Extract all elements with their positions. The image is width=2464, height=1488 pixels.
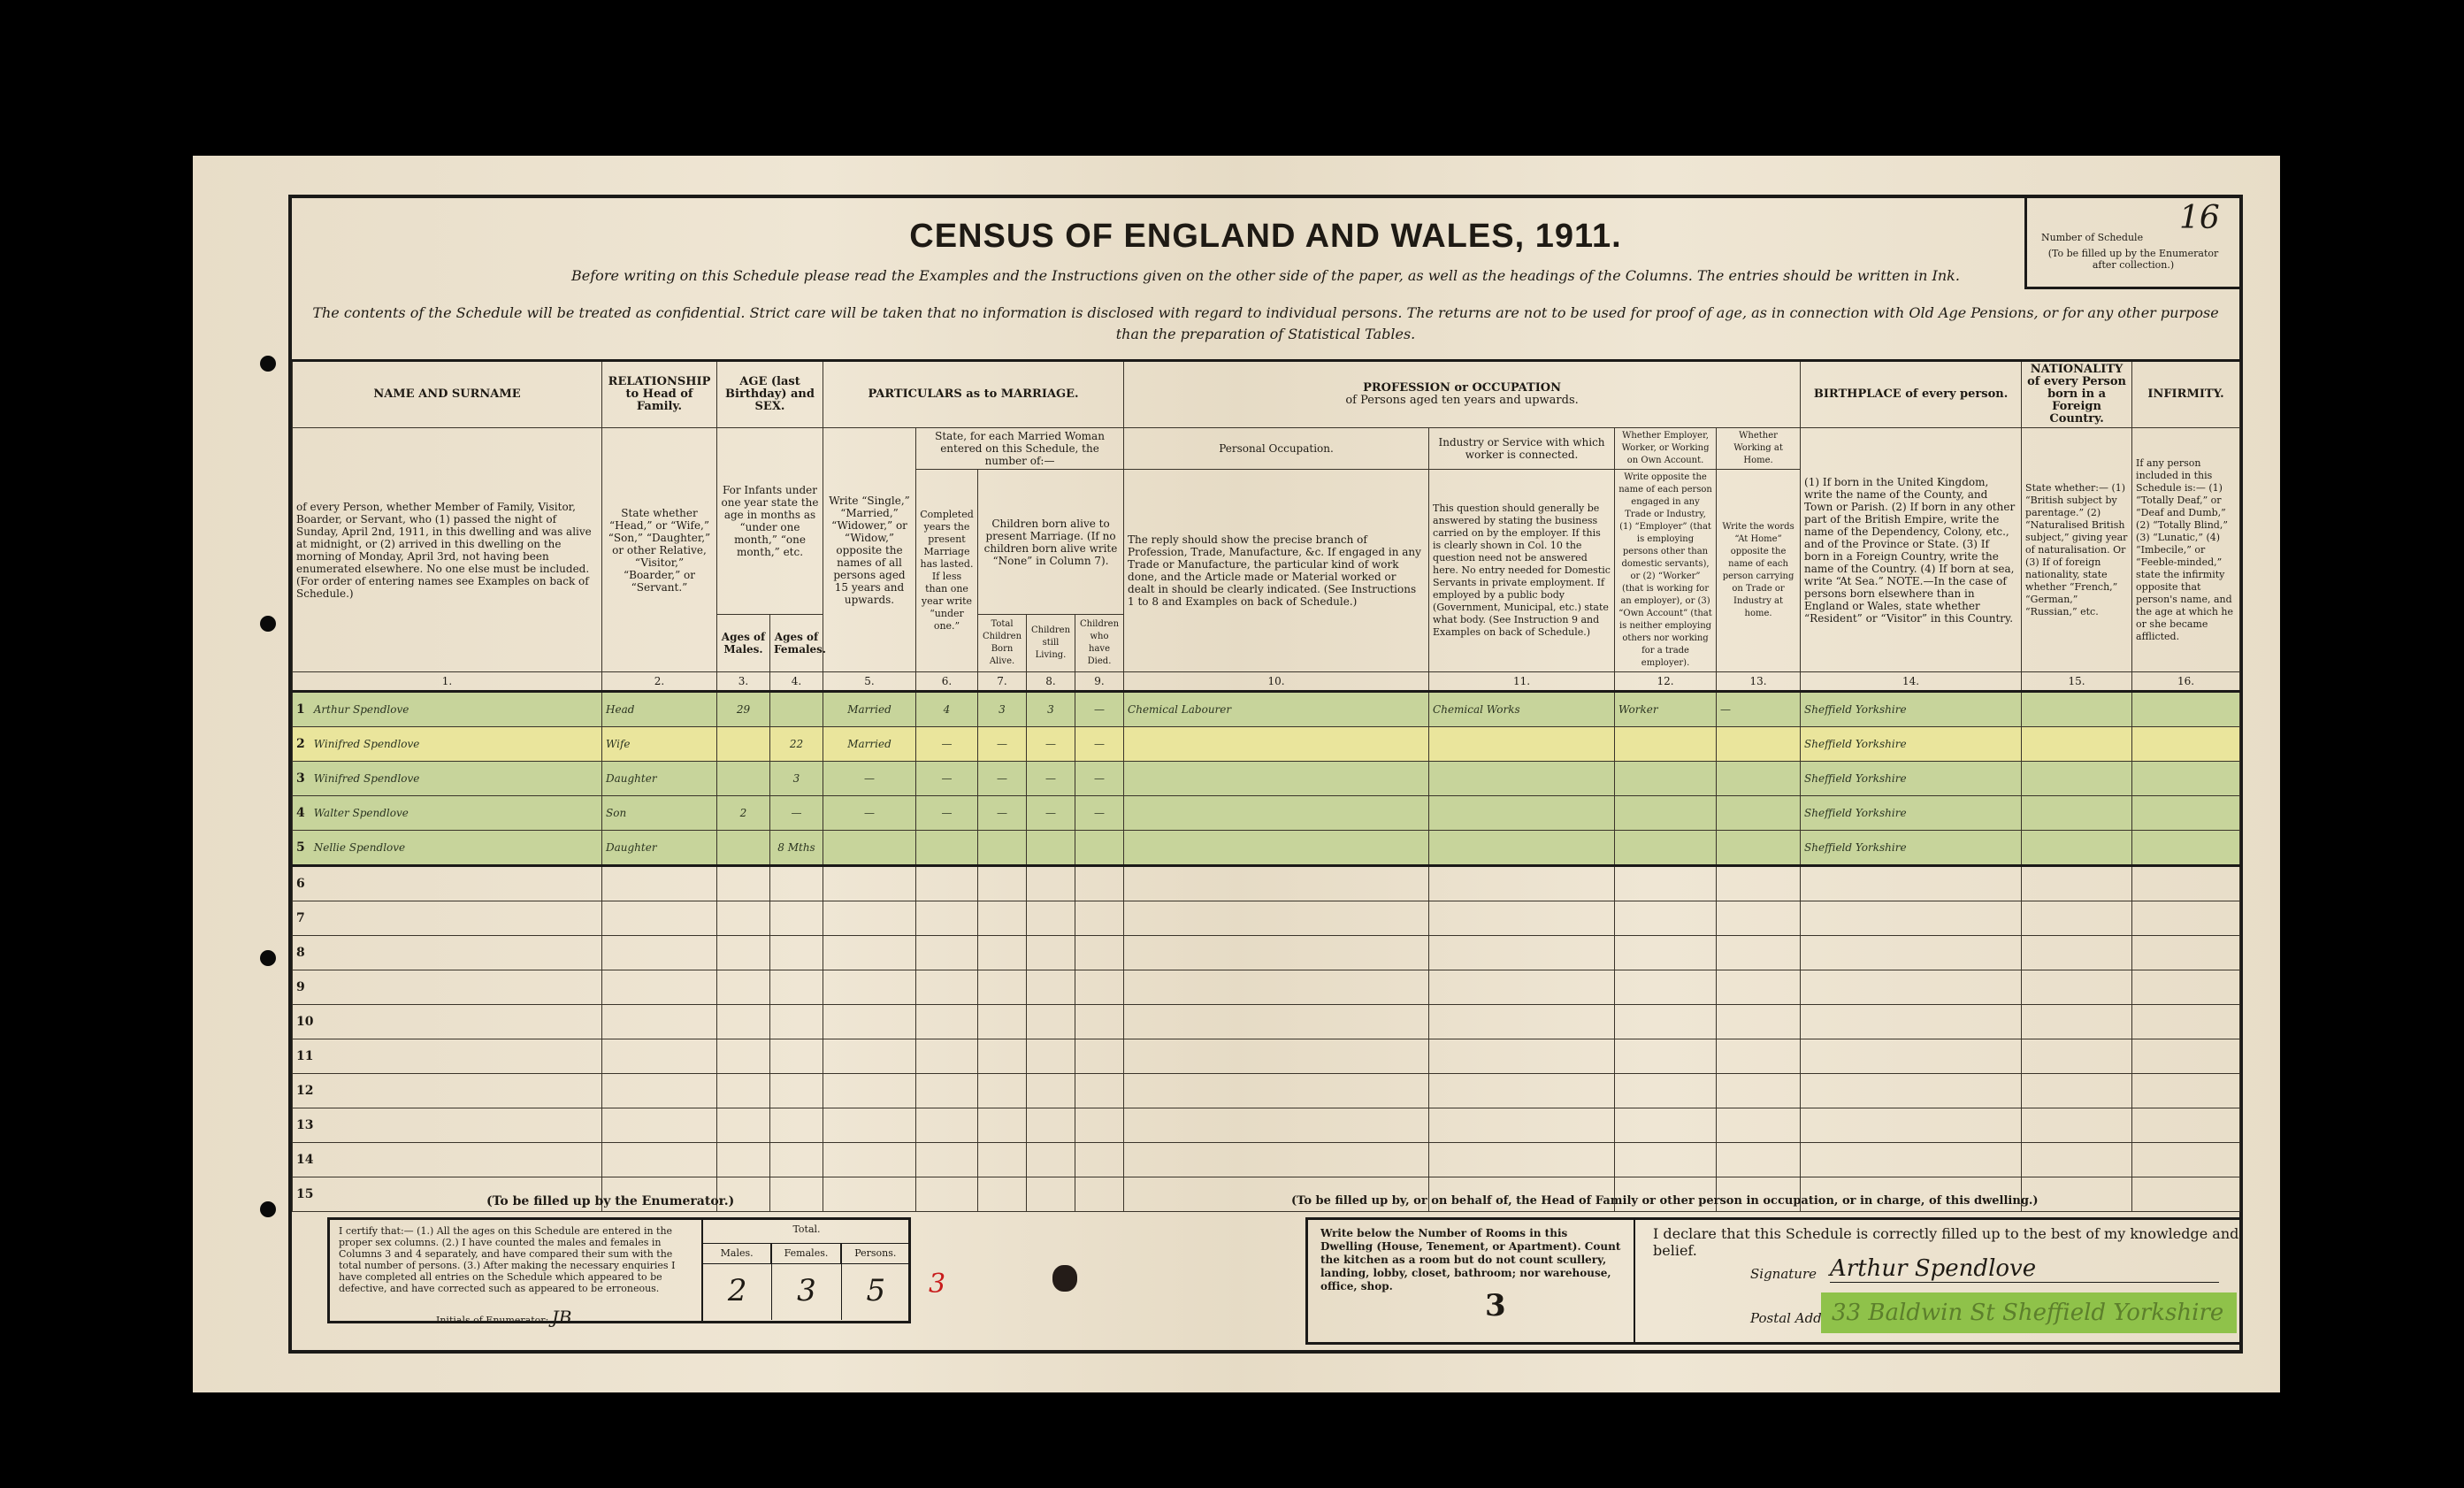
empty-cell	[1717, 970, 1801, 1005]
empty-cell	[1027, 1143, 1075, 1177]
infirmity-cell	[2132, 831, 2240, 866]
empty-cell	[823, 1177, 916, 1212]
empty-cell	[916, 1039, 978, 1074]
home-instructions: Write the words “At Home” opposite the n…	[1717, 470, 1801, 672]
census-document-page: CENSUS OF ENGLAND AND WALES, 1911. Befor…	[193, 156, 2280, 1392]
children-died-cell: —	[1075, 762, 1124, 796]
empty-cell	[1027, 970, 1075, 1005]
infirmity-cell	[2132, 692, 2240, 727]
empty-cell	[1717, 1074, 1801, 1108]
empty-table-row: 11	[293, 1039, 2240, 1074]
empty-cell	[1801, 1039, 2022, 1074]
empty-cell: 11	[293, 1039, 602, 1074]
schedule-number-label: Number of Schedule	[2041, 232, 2143, 243]
empty-cell	[2132, 1143, 2240, 1177]
children-died-cell: —	[1075, 727, 1124, 762]
empty-cell	[770, 1005, 823, 1039]
person-name-cell: 2Winifred Spendlove	[293, 727, 602, 762]
empty-cell: 6	[293, 866, 602, 901]
row-number: 1	[296, 702, 305, 717]
empty-cell	[602, 1039, 717, 1074]
children-died-cell	[1075, 831, 1124, 866]
rooms-count: 3	[1485, 1300, 1506, 1313]
empty-cell	[823, 970, 916, 1005]
col-num: 1.	[293, 672, 602, 692]
empty-cell	[1429, 1074, 1615, 1108]
row-number: 11	[296, 1049, 313, 1063]
name-instructions: of every Person, whether Member of Famil…	[293, 428, 602, 672]
instruction-line: Before writing on this Schedule please r…	[292, 267, 2239, 284]
occupation-subtitle: of Persons aged ten years and upwards.	[1345, 394, 1578, 407]
empty-cell	[1027, 936, 1075, 970]
header-total-children: Total Children Born Alive.	[978, 615, 1027, 672]
empty-table-row: 8	[293, 936, 2240, 970]
empty-cell	[1429, 1108, 1615, 1143]
census-data-rows: 1Arthur SpendloveHead29Married433—Chemic…	[293, 692, 2240, 866]
empty-cell	[602, 970, 717, 1005]
birthplace-cell: Sheffield Yorkshire	[1801, 831, 2022, 866]
empty-cell	[916, 936, 978, 970]
industry-cell	[1429, 831, 1615, 866]
empty-cell	[1801, 1005, 2022, 1039]
empty-cell	[602, 1005, 717, 1039]
empty-cell	[978, 866, 1027, 901]
col-num: 9.	[1075, 672, 1124, 692]
empty-cell	[1717, 1039, 1801, 1074]
empty-cell	[770, 1143, 823, 1177]
header-home: Whether Working at Home.	[1717, 428, 1801, 470]
children-total-cell: —	[978, 727, 1027, 762]
binding-hole	[260, 356, 276, 372]
empty-cell	[717, 970, 770, 1005]
empty-cell	[1717, 901, 1801, 936]
empty-cell	[2132, 1039, 2240, 1074]
working-at-home-cell	[1717, 727, 1801, 762]
col-num: 8.	[1027, 672, 1075, 692]
age-female-cell	[770, 692, 823, 727]
empty-cell	[770, 1108, 823, 1143]
empty-cell	[1124, 936, 1429, 970]
census-table: NAME AND SURNAME RELATIONSHIP to Head of…	[292, 359, 2240, 1212]
empty-cell	[2132, 901, 2240, 936]
document-title: CENSUS OF ENGLAND AND WALES, 1911.	[292, 218, 2239, 256]
infirmity-cell	[2132, 727, 2240, 762]
empty-cell	[978, 901, 1027, 936]
header-relationship: RELATIONSHIP to Head of Family.	[602, 361, 717, 428]
col-num: 12.	[1615, 672, 1717, 692]
empty-cell	[1429, 1143, 1615, 1177]
married-woman-instructions: State, for each Married Woman entered on…	[916, 428, 1124, 470]
empty-cell: 12	[293, 1074, 602, 1108]
age-male-cell	[717, 727, 770, 762]
infirmity-cell	[2132, 796, 2240, 831]
age-male-cell: 2	[717, 796, 770, 831]
total-females: 3	[772, 1264, 840, 1340]
row-number: 13	[296, 1118, 313, 1132]
binding-hole	[260, 616, 276, 632]
empty-cell	[823, 1143, 916, 1177]
empty-cell	[978, 1005, 1027, 1039]
empty-cell	[717, 866, 770, 901]
industry-cell: Chemical Works	[1429, 692, 1615, 727]
children-living-cell: 3	[1027, 692, 1075, 727]
empty-cell: 13	[293, 1108, 602, 1143]
empty-cell	[770, 866, 823, 901]
person-name-cell: 4Walter Spendlove	[293, 796, 602, 831]
empty-table-row: 6	[293, 866, 2240, 901]
empty-cell	[823, 866, 916, 901]
employer-status-cell	[1615, 831, 1717, 866]
empty-cell	[770, 1039, 823, 1074]
personal-occupation-cell	[1124, 831, 1429, 866]
empty-cell	[916, 901, 978, 936]
row-number: 10	[296, 1015, 313, 1029]
empty-cell	[1801, 1143, 2022, 1177]
occupation-title: PROFESSION or OCCUPATION	[1363, 381, 1561, 395]
empty-cell	[1075, 1143, 1124, 1177]
total-males: 2	[703, 1264, 771, 1340]
header-children-died: Children who have Died.	[1075, 615, 1124, 672]
rooms-box: Write below the Number of Rooms in this …	[1308, 1220, 1635, 1342]
empty-cell	[1717, 936, 1801, 970]
empty-cell	[717, 901, 770, 936]
relationship-instructions: State whether “Head,” or “Wife,” “Son,” …	[602, 428, 717, 672]
empty-cell	[1429, 1039, 1615, 1074]
empty-cell	[2022, 1108, 2132, 1143]
children-living-cell: —	[1027, 762, 1075, 796]
empty-cell	[1027, 901, 1075, 936]
enumerator-initials-field: Initials of Enumerator: JB	[436, 1307, 571, 1328]
col-num: 4.	[770, 672, 823, 692]
relationship-cell: Head	[602, 692, 717, 727]
empty-cell	[1124, 1039, 1429, 1074]
empty-cell	[916, 1143, 978, 1177]
industry-cell	[1429, 762, 1615, 796]
empty-cell	[1615, 1039, 1717, 1074]
empty-cell	[717, 936, 770, 970]
row-number: 3	[296, 771, 305, 786]
empty-cell	[823, 1074, 916, 1108]
empty-cell	[1027, 866, 1075, 901]
empty-cell	[1801, 866, 2022, 901]
personal-occupation-cell	[1124, 762, 1429, 796]
infirmity-instructions: If any person included in this Schedule …	[2132, 428, 2240, 672]
empty-cell	[602, 1143, 717, 1177]
empty-cell	[2132, 866, 2240, 901]
empty-cell	[770, 1074, 823, 1108]
relationship-cell: Wife	[602, 727, 717, 762]
enumerator-box: I certify that:— (1.) All the ages on th…	[327, 1217, 911, 1323]
header-children-living: Children still Living.	[1027, 615, 1075, 672]
row-number: 14	[296, 1153, 313, 1167]
industry-cell	[1429, 796, 1615, 831]
empty-cell	[1429, 936, 1615, 970]
confidential-line: The contents of the Schedule will be tre…	[310, 303, 2222, 345]
empty-cell	[2132, 1074, 2240, 1108]
nationality-cell	[2022, 762, 2132, 796]
empty-cell	[1615, 1005, 1717, 1039]
children-total-cell	[978, 831, 1027, 866]
table-row: 3Winifred SpendloveDaughter3—————Sheffie…	[293, 762, 2240, 796]
empty-cell	[1801, 1108, 2022, 1143]
col-num: 2.	[602, 672, 717, 692]
children-total-cell: —	[978, 796, 1027, 831]
age-female-cell: 3	[770, 762, 823, 796]
empty-cell	[770, 970, 823, 1005]
age-female-cell: 8 Mths	[770, 831, 823, 866]
birthplace-cell: Sheffield Yorkshire	[1801, 762, 2022, 796]
empty-cell	[823, 936, 916, 970]
empty-cell	[1801, 1074, 2022, 1108]
age-female-cell: 22	[770, 727, 823, 762]
col-num: 7.	[978, 672, 1027, 692]
empty-cell	[1027, 1177, 1075, 1212]
relationship-cell: Son	[602, 796, 717, 831]
census-empty-rows: 6789101112131415	[293, 866, 2240, 1212]
empty-cell	[978, 970, 1027, 1005]
table-row: 4Walter SpendloveSon2——————Sheffield Yor…	[293, 796, 2240, 831]
empty-cell	[2132, 1177, 2240, 1212]
nationality-cell	[2022, 796, 2132, 831]
children-instructions: Children born alive to present Marriage.…	[978, 470, 1124, 615]
nationality-cell	[2022, 727, 2132, 762]
empty-cell	[823, 901, 916, 936]
totals-label: Total.	[703, 1223, 910, 1235]
marriage-years-instructions: Completed years the present Marriage has…	[916, 470, 978, 672]
empty-cell	[1075, 1005, 1124, 1039]
age-instructions: For Infants under one year state the age…	[717, 428, 823, 615]
birthplace-cell: Sheffield Yorkshire	[1801, 727, 2022, 762]
header-employer: Whether Employer, Worker, or Working on …	[1615, 428, 1717, 470]
empty-cell	[1124, 1074, 1429, 1108]
rooms-instructions: Write below the Number of Rooms in this …	[1320, 1227, 1620, 1292]
empty-cell	[823, 1108, 916, 1143]
empty-cell	[916, 1074, 978, 1108]
empty-cell	[2022, 1039, 2132, 1074]
empty-table-row: 9	[293, 970, 2240, 1005]
empty-cell	[602, 901, 717, 936]
row-number: 4	[296, 806, 305, 820]
empty-cell	[1615, 936, 1717, 970]
birthplace-instructions: (1) If born in the United Kingdom, write…	[1801, 428, 2022, 672]
empty-cell	[978, 1074, 1027, 1108]
header-industry: Industry or Service with which worker is…	[1429, 428, 1615, 470]
totals-box: Total. Males.2 Females.3 Persons.5	[701, 1220, 910, 1321]
row-number: 9	[296, 980, 305, 994]
empty-cell: 14	[293, 1143, 602, 1177]
persons-label: Persons.	[842, 1244, 910, 1264]
marriage-status-instructions: Write “Single,” “Married,” “Widower,” or…	[823, 428, 916, 672]
males-label: Males.	[703, 1244, 771, 1264]
empty-cell	[1429, 970, 1615, 1005]
empty-cell	[1075, 936, 1124, 970]
age-male-cell: 29	[717, 692, 770, 727]
empty-cell	[602, 936, 717, 970]
nationality-cell	[2022, 831, 2132, 866]
col-num: 10.	[1124, 672, 1429, 692]
empty-cell	[1717, 866, 1801, 901]
empty-cell	[2132, 1005, 2240, 1039]
empty-table-row: 14	[293, 1143, 2240, 1177]
empty-cell	[1801, 970, 2022, 1005]
personal-occupation-cell	[1124, 727, 1429, 762]
children-total-cell: 3	[978, 692, 1027, 727]
empty-cell	[1027, 1005, 1075, 1039]
col-num: 11.	[1429, 672, 1615, 692]
enumerator-initials: JB	[552, 1307, 572, 1328]
empty-cell	[916, 866, 978, 901]
empty-cell	[1124, 970, 1429, 1005]
row-number: 5	[296, 840, 305, 855]
empty-cell	[602, 1108, 717, 1143]
col-num: 3.	[717, 672, 770, 692]
empty-cell	[1717, 1143, 1801, 1177]
children-died-cell: —	[1075, 796, 1124, 831]
empty-cell	[978, 1108, 1027, 1143]
empty-cell	[1429, 866, 1615, 901]
empty-cell	[916, 1108, 978, 1143]
empty-cell	[602, 866, 717, 901]
empty-table-row: 13	[293, 1108, 2240, 1143]
signature-label: Signature	[1750, 1266, 1817, 1282]
personal-occupation-instructions: The reply should show the precise branch…	[1124, 470, 1429, 672]
empty-cell	[1075, 901, 1124, 936]
signature: Arthur Spendlove	[1830, 1255, 2219, 1283]
empty-cell	[1124, 1143, 1429, 1177]
years-married-cell: 4	[916, 692, 978, 727]
census-form-frame: CENSUS OF ENGLAND AND WALES, 1911. Befor…	[288, 195, 2243, 1354]
birthplace-cell: Sheffield Yorkshire	[1801, 796, 2022, 831]
header-age: AGE (last Birthday) and SEX.	[717, 361, 823, 428]
empty-cell	[717, 1039, 770, 1074]
empty-cell	[717, 1108, 770, 1143]
header-name: NAME AND SURNAME	[293, 361, 602, 428]
red-pencil-mark: 3	[929, 1269, 945, 1300]
nationality-cell	[2022, 692, 2132, 727]
infirmity-cell	[2132, 762, 2240, 796]
initials-label: Initials of Enumerator	[436, 1315, 546, 1326]
person-name: Winifred Spendlove	[314, 738, 420, 750]
empty-cell	[2022, 970, 2132, 1005]
working-at-home-cell	[1717, 831, 1801, 866]
empty-cell	[823, 1039, 916, 1074]
empty-cell	[2022, 1074, 2132, 1108]
empty-cell: 7	[293, 901, 602, 936]
empty-cell	[1615, 1143, 1717, 1177]
empty-cell	[1615, 1074, 1717, 1108]
empty-cell	[978, 1177, 1027, 1212]
empty-table-row: 10	[293, 1005, 2240, 1039]
person-name-cell: 5Nellie Spendlove	[293, 831, 602, 866]
employer-status-cell	[1615, 796, 1717, 831]
ink-blot	[1052, 1265, 1077, 1292]
empty-cell	[978, 1143, 1027, 1177]
empty-cell	[717, 1005, 770, 1039]
children-living-cell: —	[1027, 727, 1075, 762]
working-at-home-cell: —	[1717, 692, 1801, 727]
industry-instructions: This question should generally be answer…	[1429, 470, 1615, 672]
col-num: 13.	[1717, 672, 1801, 692]
females-label: Females.	[772, 1244, 840, 1264]
row-number: 15	[296, 1187, 313, 1201]
empty-cell	[978, 1039, 1027, 1074]
empty-cell	[2022, 1005, 2132, 1039]
age-female-cell: —	[770, 796, 823, 831]
marital-status-cell: Married	[823, 727, 916, 762]
empty-cell	[1075, 1108, 1124, 1143]
person-name: Walter Spendlove	[314, 807, 409, 819]
empty-cell	[1429, 1005, 1615, 1039]
empty-cell	[1615, 970, 1717, 1005]
relationship-cell: Daughter	[602, 831, 717, 866]
declaration-text: I declare that this Schedule is correctl…	[1653, 1225, 2240, 1259]
postal-address-highlighted: 33 Baldwin St Sheffield Yorkshire	[1821, 1292, 2237, 1333]
empty-cell	[1075, 1039, 1124, 1074]
empty-cell	[1801, 936, 2022, 970]
head-of-family-header: (To be filled up by, or on behalf of, th…	[1291, 1194, 2039, 1208]
empty-cell	[1615, 901, 1717, 936]
schedule-number: 16	[2179, 200, 2220, 236]
table-row: 1Arthur SpendloveHead29Married433—Chemic…	[293, 692, 2240, 727]
employer-status-cell	[1615, 727, 1717, 762]
header-nationality: NATIONALITY of every Person born in a Fo…	[2022, 361, 2132, 428]
person-name: Nellie Spendlove	[314, 841, 405, 854]
working-at-home-cell	[1717, 796, 1801, 831]
marital-status-cell	[823, 831, 916, 866]
person-name: Arthur Spendlove	[314, 703, 409, 716]
empty-cell	[1027, 1074, 1075, 1108]
col-num: 16.	[2132, 672, 2240, 692]
years-married-cell: —	[916, 762, 978, 796]
empty-cell	[1075, 1074, 1124, 1108]
empty-cell	[1429, 901, 1615, 936]
empty-cell	[717, 1074, 770, 1108]
total-persons: 5	[842, 1264, 910, 1340]
empty-cell	[1027, 1039, 1075, 1074]
enumerator-header: (To be filled up by the Enumerator.)	[486, 1194, 734, 1208]
years-married-cell	[916, 831, 978, 866]
header-ages-females: Ages of Females.	[770, 615, 823, 672]
working-at-home-cell	[1717, 762, 1801, 796]
empty-cell	[823, 1005, 916, 1039]
empty-cell	[2022, 1143, 2132, 1177]
industry-cell	[1429, 727, 1615, 762]
empty-cell	[2022, 901, 2132, 936]
birthplace-cell: Sheffield Yorkshire	[1801, 692, 2022, 727]
personal-occupation-cell: Chemical Labourer	[1124, 692, 1429, 727]
empty-cell	[1615, 866, 1717, 901]
empty-cell	[916, 970, 978, 1005]
person-name-cell: 1Arthur Spendlove	[293, 692, 602, 727]
relationship-cell: Daughter	[602, 762, 717, 796]
header-birthplace: BIRTHPLACE of every person.	[1801, 361, 2022, 428]
personal-occupation-cell	[1124, 796, 1429, 831]
marital-status-cell: Married	[823, 692, 916, 727]
empty-cell	[602, 1074, 717, 1108]
nationality-instructions: State whether:— (1) “British subject by …	[2022, 428, 2132, 672]
col-num: 14.	[1801, 672, 2022, 692]
col-num: 6.	[916, 672, 978, 692]
empty-cell	[2022, 866, 2132, 901]
empty-cell: 9	[293, 970, 602, 1005]
empty-cell	[2132, 970, 2240, 1005]
age-male-cell	[717, 762, 770, 796]
empty-cell	[770, 936, 823, 970]
empty-cell	[1124, 1108, 1429, 1143]
empty-cell	[770, 901, 823, 936]
header-ages-males: Ages of Males.	[717, 615, 770, 672]
empty-cell	[1124, 1005, 1429, 1039]
